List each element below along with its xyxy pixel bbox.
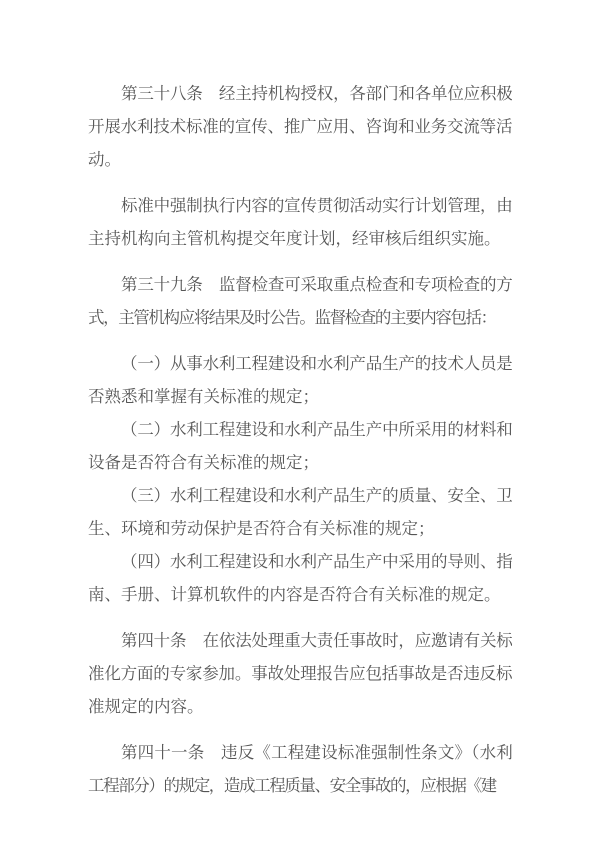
text-line: 式，主管机构应将结果及时公告。监督检查的主要内容包括： <box>88 301 512 334</box>
text-line: 南、手册、计算机软件的内容是否符合有关标准的规定。 <box>88 578 512 611</box>
inspection-item-3: （三）水利工程建设和水利产品生产的质量、安全、卫 生、环境和劳动保护是否符合有关… <box>88 479 512 545</box>
document-text-block: 第三十八条 经主持机构授权，各部门和各单位应积极 开展水利技术标准的宣传、推广应… <box>88 77 512 815</box>
paragraph-article-39: 第三十九条 监督检查可采取重点检查和专项检查的方 式，主管机构应将结果及时公告。… <box>88 268 512 334</box>
text-line: （二）水利工程建设和水利产品生产中所采用的材料和 <box>88 413 512 446</box>
paragraph-propaganda-plan: 标准中强制执行内容的宣传贯彻活动实行计划管理，由 主持机构向主管机构提交年度计划… <box>88 189 512 255</box>
text-line: （四）水利工程建设和水利产品生产中采用的导则、指 <box>88 545 512 578</box>
paragraph-article-38: 第三十八条 经主持机构授权，各部门和各单位应积极 开展水利技术标准的宣传、推广应… <box>88 77 512 176</box>
inspection-item-4: （四）水利工程建设和水利产品生产中采用的导则、指 南、手册、计算机软件的内容是否… <box>88 545 512 611</box>
text-line: 第三十八条 经主持机构授权，各部门和各单位应积极 <box>88 77 512 110</box>
text-line: 生、环境和劳动保护是否符合有关标准的规定； <box>88 512 512 545</box>
text-line: 标准中强制执行内容的宣传贯彻活动实行计划管理，由 <box>88 189 512 222</box>
text-line: 第四十条 在依法处理重大责任事故时，应邀请有关标 <box>88 624 512 657</box>
text-line: 主持机构向主管机构提交年度计划，经审核后组织实施。 <box>88 222 512 255</box>
text-line: 设备是否符合有关标准的规定； <box>88 446 512 479</box>
paragraph-article-41: 第四十一条 违反《工程建设标准强制性条文》（水利 工程部分）的规定，造成工程质量… <box>88 736 512 802</box>
text-line: 工程部分）的规定，造成工程质量、安全事故的，应根据《建 <box>88 769 512 802</box>
text-line: （一）从事水利工程建设和水利产品生产的技术人员是 <box>88 347 512 380</box>
document-page: 第三十八条 经主持机构授权，各部门和各单位应积极 开展水利技术标准的宣传、推广应… <box>0 0 600 848</box>
text-line: 第四十一条 违反《工程建设标准强制性条文》（水利 <box>88 736 512 769</box>
text-line: 动。 <box>88 143 512 176</box>
text-line: 第三十九条 监督检查可采取重点检查和专项检查的方 <box>88 268 512 301</box>
text-line: 否熟悉和掌握有关标准的规定； <box>88 380 512 413</box>
inspection-item-1: （一）从事水利工程建设和水利产品生产的技术人员是 否熟悉和掌握有关标准的规定； <box>88 347 512 413</box>
text-line: 准规定的内容。 <box>88 690 512 723</box>
text-line: 开展水利技术标准的宣传、推广应用、咨询和业务交流等活 <box>88 110 512 143</box>
text-line: 准化方面的专家参加。事故处理报告应包括事故是否违反标 <box>88 657 512 690</box>
inspection-item-2: （二）水利工程建设和水利产品生产中所采用的材料和 设备是否符合有关标准的规定； <box>88 413 512 479</box>
paragraph-article-40: 第四十条 在依法处理重大责任事故时，应邀请有关标 准化方面的专家参加。事故处理报… <box>88 624 512 723</box>
text-line: （三）水利工程建设和水利产品生产的质量、安全、卫 <box>88 479 512 512</box>
